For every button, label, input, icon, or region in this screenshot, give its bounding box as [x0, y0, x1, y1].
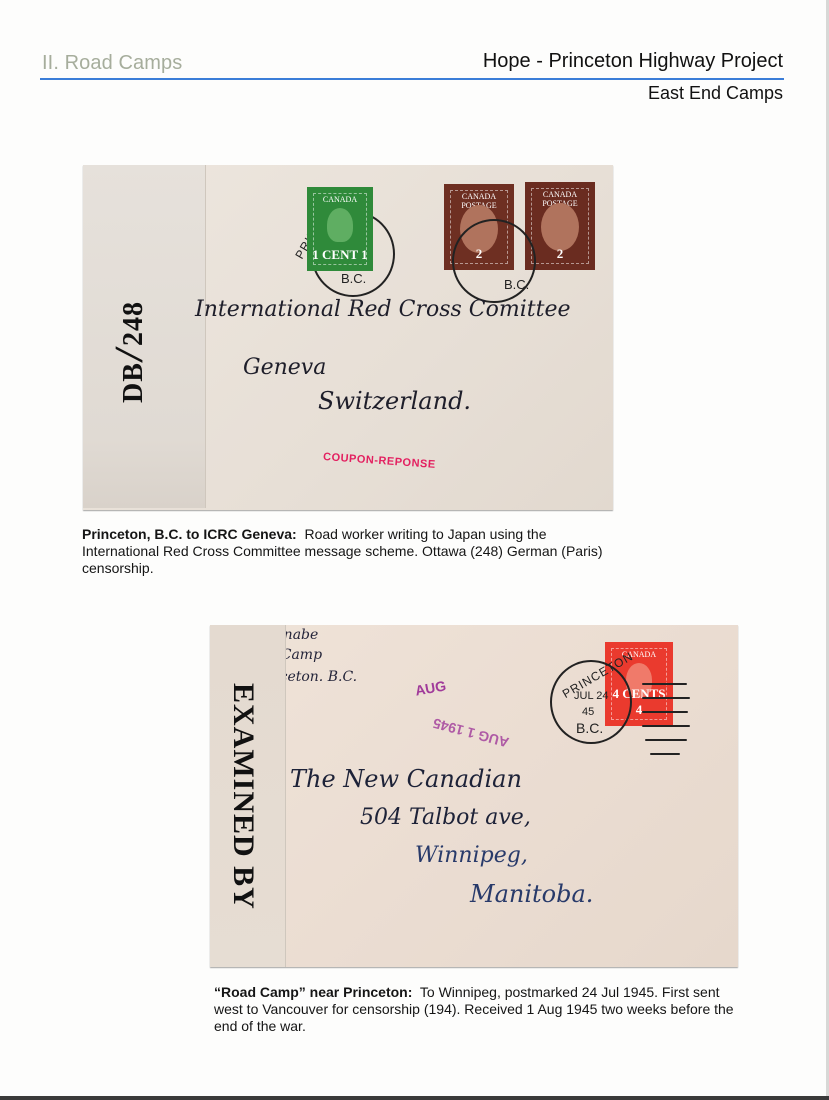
cancel-line — [642, 711, 688, 713]
censor-prefix: DB — [118, 362, 149, 403]
postmark: PRINCETON JUL 24 45 B.C. — [550, 660, 632, 744]
caption-heading: Princeton, B.C. to ICRC Geneva: — [82, 526, 297, 542]
cover-image-winnipeg: T. Watanabe Road Camp Princeton. B.C. EX… — [210, 625, 738, 967]
cancel-line — [645, 739, 687, 741]
caption-heading: “Road Camp” near Princeton: — [214, 984, 412, 1000]
censor-number: 248 — [118, 301, 149, 346]
page-title: Hope - Princeton Highway Project — [483, 50, 783, 73]
postmark-province: B.C. — [341, 271, 366, 286]
censor-tape-label: EXAMINED BY — [226, 683, 260, 910]
censor-tape: DB/248 — [83, 165, 206, 508]
portrait-icon — [541, 203, 579, 251]
header-divider — [40, 78, 784, 80]
postmark-second: B.C. — [452, 219, 536, 303]
received-handstamp: AUG 1 1945 — [431, 715, 510, 751]
received-handstamp: AUG — [414, 677, 447, 698]
section-title: II. Road Camps — [42, 52, 182, 75]
address-line: 504 Talbot ave, — [360, 805, 531, 830]
cover-image-geneva: DB/248 PRINCETON JUN 2 B.C. CANADA 1 CEN… — [83, 165, 613, 510]
cancel-line — [642, 725, 690, 727]
cancel-line — [642, 683, 687, 685]
caption-cover-1: Princeton, B.C. to ICRC Geneva: Road wor… — [82, 526, 617, 577]
stamp-1-cent: CANADA 1 CENT 1 — [307, 187, 373, 271]
address-line: Manitoba. — [470, 880, 593, 908]
page-edge-bottom — [0, 1096, 829, 1100]
cancel-line — [642, 697, 690, 699]
page-subtitle: East End Camps — [648, 83, 783, 104]
cancel-line — [650, 753, 680, 755]
postmark-year: 45 — [582, 706, 594, 718]
portrait-icon — [327, 208, 353, 242]
address-line: International Red Cross Comittee — [195, 297, 570, 322]
postmark-date: JUL 24 — [574, 690, 608, 702]
address-line: Geneva — [243, 355, 326, 380]
postmark-province: B.C. — [576, 720, 603, 736]
address-line: Switzerland. — [318, 387, 471, 415]
censor-tape-label: DB/248 — [105, 301, 152, 403]
address-line: The New Canadian — [290, 765, 522, 793]
caption-cover-2: “Road Camp” near Princeton: To Winnipeg,… — [214, 984, 744, 1035]
coupon-reponse-handstamp: COUPON-REPONSE — [323, 451, 436, 471]
censor-tape: EXAMINED BY — [210, 625, 286, 967]
address-line: Winnipeg, — [415, 843, 528, 868]
